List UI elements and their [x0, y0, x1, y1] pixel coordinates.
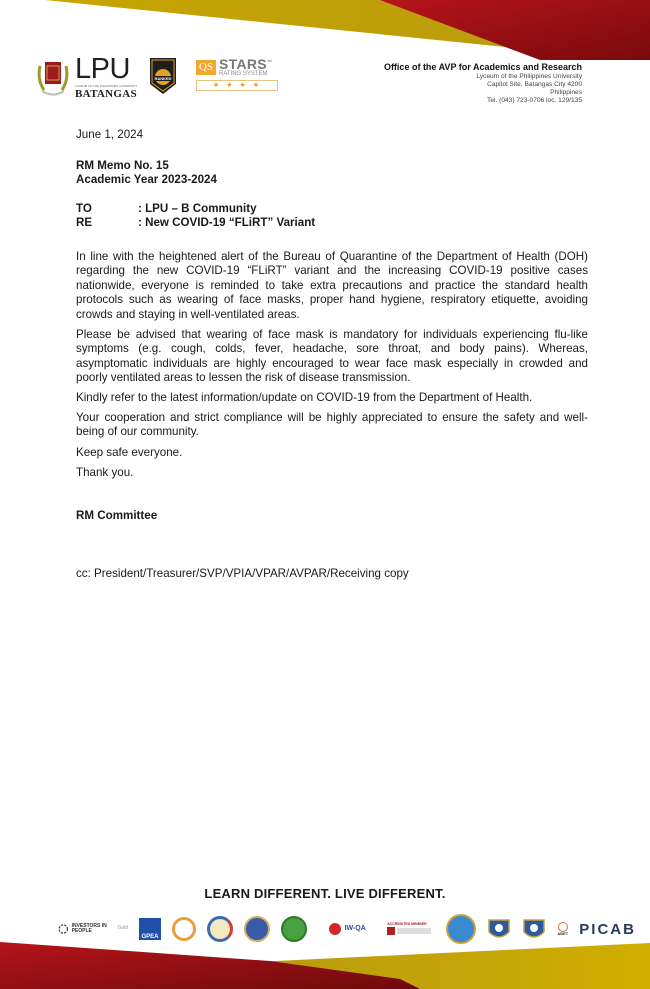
body-paragraph: Please be advised that wearing of face m…: [76, 328, 588, 386]
lpu-campus: BATANGAS: [75, 89, 137, 100]
gpea-logo: GPEA: [139, 918, 161, 940]
re-row: RE : New COVID-19 “FLiRT” Variant: [76, 216, 588, 230]
sgs-logo: [172, 917, 196, 941]
stars-title: STARS: [219, 56, 267, 72]
investors-in-people-logo: INVESTORS IN PEOPLE Gold: [58, 922, 128, 936]
qs-label: QS: [196, 60, 216, 75]
to-row: TO : LPU – B Community: [76, 202, 588, 216]
academic-year: Academic Year 2023-2024: [76, 173, 588, 187]
memo-body: In line with the heightened alert of the…: [76, 250, 588, 486]
office-title: Office of the AVP for Academics and Rese…: [384, 62, 582, 73]
signatory: RM Committee: [76, 509, 588, 523]
memo-heading: RM Memo No. 15 Academic Year 2023-2024: [76, 159, 588, 188]
abet-logo: ABET: [557, 922, 568, 936]
footer-banner: [0, 939, 650, 989]
memo-date: June 1, 2024: [76, 128, 588, 142]
office-address-block: Office of the AVP for Academics and Rese…: [384, 62, 582, 104]
body-paragraph: Keep safe everyone.: [76, 446, 588, 460]
iip-ring-icon: [58, 922, 69, 936]
iw-qa-logo: IW-QA: [318, 923, 376, 935]
office-line: Philippines: [384, 89, 582, 97]
re-value: : New COVID-19 “FLiRT” Variant: [138, 216, 315, 230]
re-label: RE: [76, 216, 138, 230]
body-paragraph: Kindly refer to the latest information/u…: [76, 391, 588, 405]
qs-stars-logo: QS STARS™ RATING SYSTEM ★★★★: [196, 57, 278, 91]
body-paragraph: Thank you.: [76, 466, 588, 480]
lpu-crest-icon: [36, 58, 70, 98]
memo-addressing: TO : LPU – B Community RE : New COVID-19…: [76, 202, 588, 231]
body-paragraph: In line with the heightened alert of the…: [76, 250, 588, 322]
header-banner: [0, 0, 650, 60]
ranked-badge-icon: RANKED: [148, 56, 178, 96]
cc-line: cc: President/Treasurer/SVP/VPIA/VPAR/AV…: [76, 567, 588, 581]
accredited-member-logo: ACCREDITED MEMBER: [387, 923, 435, 936]
office-line: Tel. (043) 723-0706 loc. 129/135: [384, 97, 582, 105]
svg-text:RANKED: RANKED: [154, 76, 171, 81]
lpu-batangas-logo: LPU LYCEUM OF THE PHILIPPINES UNIVERSITY…: [36, 55, 137, 100]
memo-number: RM Memo No. 15: [76, 159, 588, 173]
office-line: Lyceum of the Philippines University: [384, 73, 582, 81]
tagline: LEARN DIFFERENT. LIVE DIFFERENT.: [0, 886, 650, 901]
stars-rating: ★★★★: [196, 80, 278, 91]
picab-logo: PICAB: [579, 921, 636, 938]
to-label: TO: [76, 202, 138, 216]
stars-subtitle: RATING SYSTEM: [219, 71, 272, 77]
body-paragraph: Your cooperation and strict compliance w…: [76, 411, 588, 440]
to-value: : LPU – B Community: [138, 202, 257, 216]
lpu-wordmark: LPU: [75, 55, 137, 84]
office-line: Capitol Site, Batangas City 4200: [384, 81, 582, 89]
